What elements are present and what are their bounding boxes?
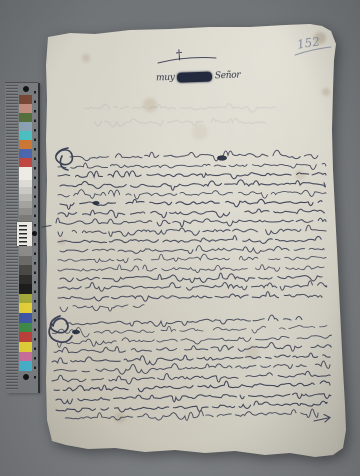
foxing-stain-6: [322, 88, 330, 96]
manuscript-page: [0, 0, 360, 476]
foxing-stain-3: [115, 413, 125, 423]
foxing-stain-2: [295, 170, 305, 180]
invocation-cross-mark: †: [175, 48, 183, 63]
foxing-stain-1: [82, 54, 90, 62]
salutation-ink-blot: mag.co: [177, 72, 213, 83]
paper-shadow: [0, 0, 360, 476]
archival-photograph: † muy mag.co Señor 152: [0, 0, 360, 476]
foxing-stain-8: [192, 124, 208, 140]
salutation-word-3: Señor: [215, 71, 241, 82]
salutation-word-1: muy: [156, 73, 175, 84]
foxing-stain-0: [143, 98, 157, 112]
foxing-stain-4: [245, 345, 259, 359]
foxing-stain-5: [59, 239, 65, 245]
